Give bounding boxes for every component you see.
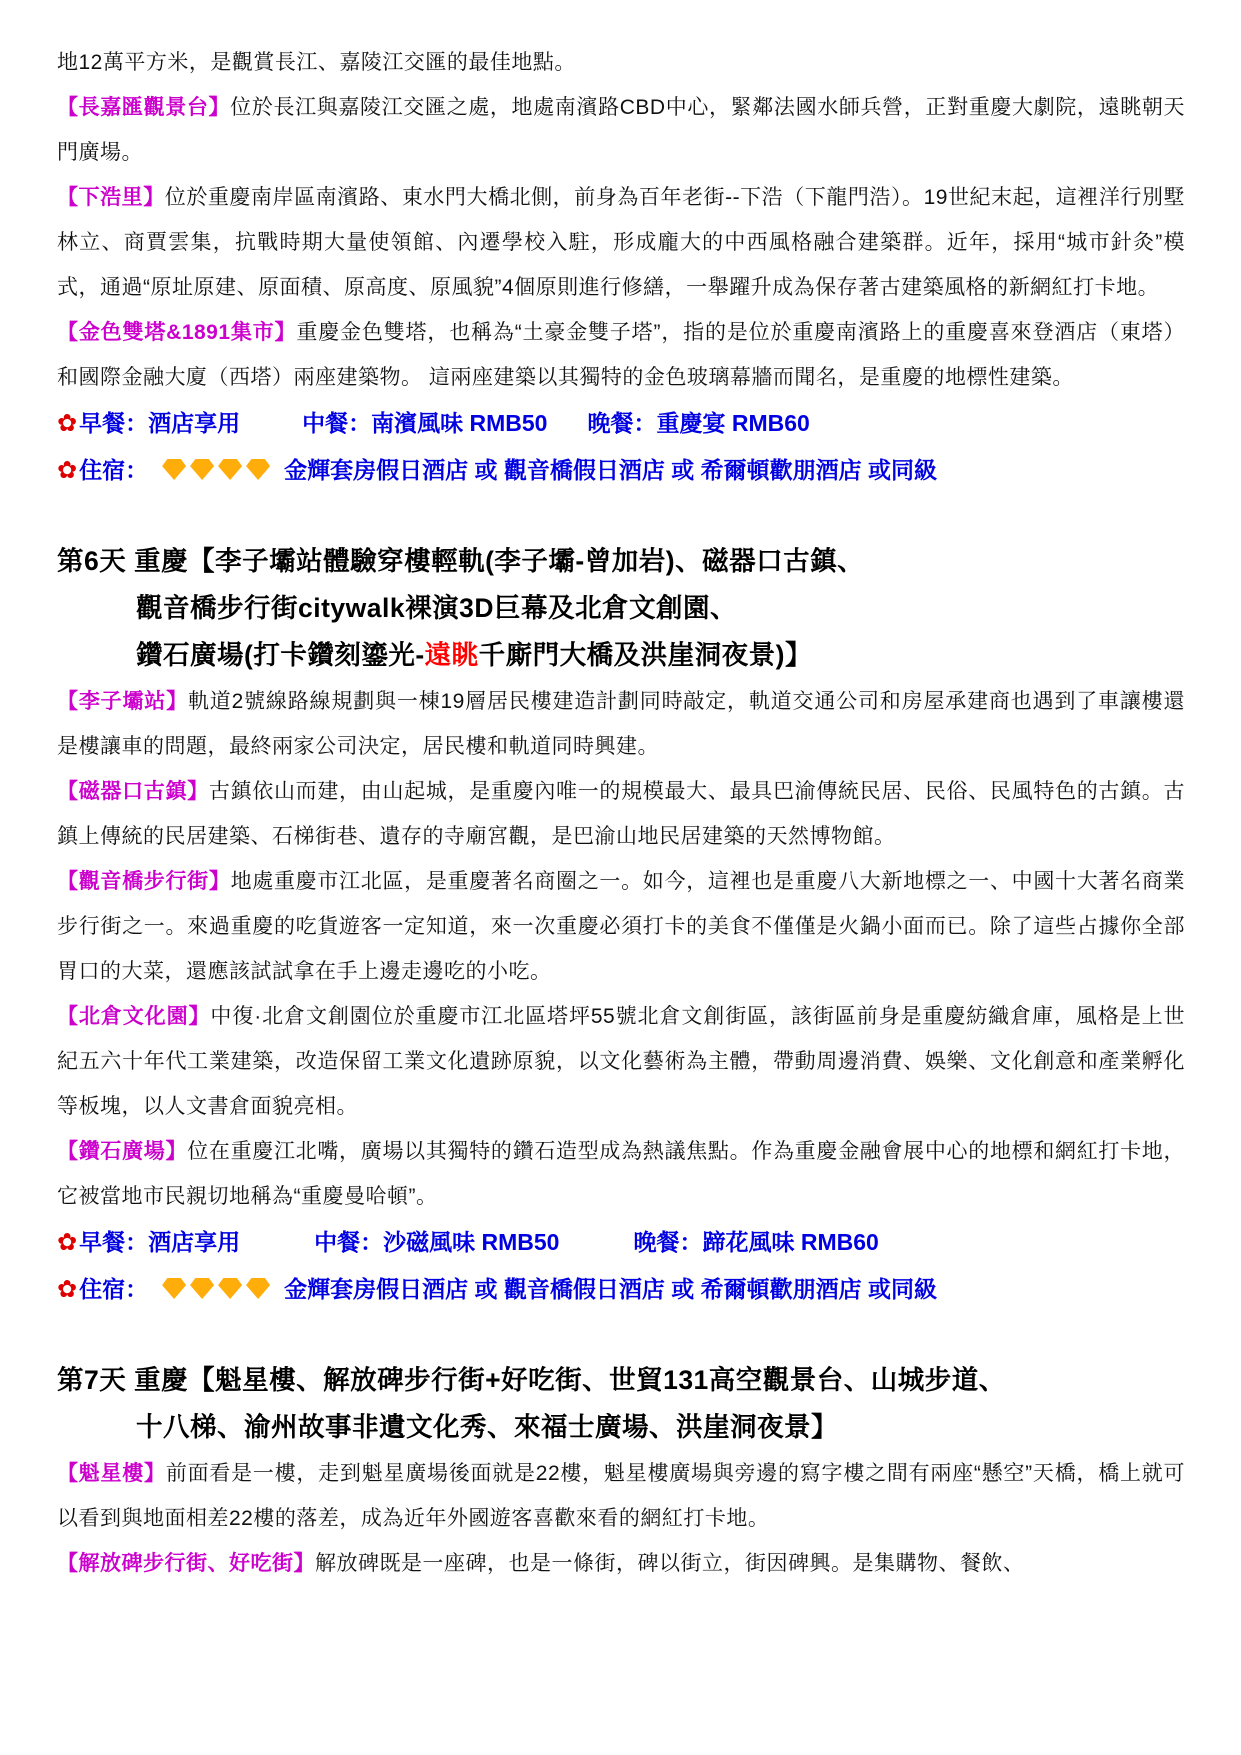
lodging-day6: ✿住宿：金輝套房假日酒店 或 觀音橋假日酒店 或 希爾頓歡朋酒店 或同級 [57, 1266, 1185, 1314]
dinner-text: 晚餐：重慶宴 RMB60 [587, 410, 809, 436]
day6-heading-line3-post: 千廝門大橋及洪崖洞夜景)】 [479, 640, 812, 670]
section-title: 【李子壩站】 [57, 690, 188, 713]
section-guanyinqiao: 【觀音橋步行街】地處重慶市江北區，是重慶著名商圈之一。如今，這裡也是重慶八大新地… [57, 859, 1185, 994]
section-body: 中復·北倉文創園位於重慶市江北區塔坪55號北倉文創街區，該街區前身是重慶紡織倉庫… [57, 1005, 1185, 1118]
day7-heading-line1: 第7天 重慶【魁星樓、解放碑步行街+好吃街、世貿131高空觀景台、山城步道、 [57, 1357, 1185, 1404]
diamond-icon [218, 459, 242, 480]
hotel-names: 金輝套房假日酒店 或 觀音橋假日酒店 或 希爾頓歡朋酒店 或同級 [284, 1276, 937, 1302]
section-xiahaoli: 【下浩里】位於重慶南岸區南濱路、東水門大橋北側，前身為百年老街--下浩（下龍門浩… [57, 175, 1185, 310]
diamond-icon [190, 459, 214, 480]
section-body: 位於重慶南岸區南濱路、東水門大橋北側，前身為百年老街--下浩（下龍門浩）。19世… [57, 186, 1185, 299]
lunch-text: 中餐：南濱風味 RMB50 [302, 410, 547, 436]
flower-icon: ✿ [57, 1229, 77, 1256]
intro-text: 地12萬平方米，是觀賞長江、嘉陵江交匯的最佳地點。 [57, 51, 576, 74]
section-title: 【魁星樓】 [57, 1462, 166, 1485]
breakfast-text: 早餐：酒店享用 [79, 1229, 240, 1255]
day6-heading-red-text: 遠眺 [425, 640, 479, 670]
diamond-icon [218, 1278, 242, 1299]
section-changjiahui: 【長嘉匯觀景台】位於長江與嘉陵江交匯之處，地處南濱路CBD中心，緊鄰法國水師兵營… [57, 85, 1185, 175]
section-liziba: 【李子壩站】軌道2號線路線規劃與一棟19層居民樓建造計劃同時敲定，軌道交通公司和… [57, 679, 1185, 769]
section-body: 前面看是一樓，走到魁星廣場後面就是22樓，魁星樓廣場與旁邊的寫字樓之間有兩座“懸… [57, 1462, 1185, 1530]
section-title: 【北倉文化園】 [57, 1005, 210, 1028]
section-body: 古鎮依山而建，由山起城，是重慶內唯一的規模最大、最具巴渝傳統民居、民俗、民風特色… [57, 780, 1185, 848]
meals-day5: ✿早餐：酒店享用中餐：南濱風味 RMB50晚餐：重慶宴 RMB60 [57, 400, 1185, 447]
section-title: 【長嘉匯觀景台】 [57, 96, 230, 119]
diamond-icon [190, 1278, 214, 1299]
lodging-label: 住宿： [79, 1276, 148, 1302]
lunch-text: 中餐：沙磁風味 RMB50 [314, 1229, 559, 1255]
intro-paragraph: 地12萬平方米，是觀賞長江、嘉陵江交匯的最佳地點。 [57, 40, 1185, 85]
breakfast-text: 早餐：酒店享用 [79, 410, 240, 436]
hotel-names: 金輝套房假日酒店 或 觀音橋假日酒店 或 希爾頓歡朋酒店 或同級 [284, 457, 937, 483]
section-body: 位在重慶江北嘴，廣場以其獨特的鑽石造型成為熱議焦點。作為重慶金融會展中心的地標和… [57, 1140, 1185, 1208]
day7-heading-line2: 十八梯、渝州故事非遺文化秀、來福士廣場、洪崖洞夜景】 [57, 1404, 1185, 1451]
flower-icon: ✿ [57, 1276, 77, 1303]
section-title: 【金色雙塔&1891集市】 [57, 321, 296, 344]
section-beicang: 【北倉文化園】中復·北倉文創園位於重慶市江北區塔坪55號北倉文創街區，該街區前身… [57, 994, 1185, 1129]
lodging-day5: ✿住宿：金輝套房假日酒店 或 觀音橋假日酒店 或 希爾頓歡朋酒店 或同級 [57, 447, 1185, 495]
section-title: 【下浩里】 [57, 186, 165, 209]
section-body: 軌道2號線路線規劃與一棟19層居民樓建造計劃同時敲定，軌道交通公司和房屋承建商也… [57, 690, 1185, 758]
hotel-rating [162, 1268, 274, 1314]
section-title: 【解放碑步行街、好吃街】 [57, 1552, 315, 1575]
day6-heading-line3-pre: 鑽石廣場(打卡鑽刻鎏光- [136, 640, 425, 670]
day6-heading-line2: 觀音橋步行街citywalk裸演3D巨幕及北倉文創園、 [57, 585, 1185, 632]
flower-icon: ✿ [57, 410, 77, 437]
lodging-label: 住宿： [79, 457, 148, 483]
section-kuixinglou: 【魁星樓】前面看是一樓，走到魁星廣場後面就是22樓，魁星樓廣場與旁邊的寫字樓之間… [57, 1451, 1185, 1541]
diamond-icon [162, 459, 186, 480]
section-golden-towers: 【金色雙塔&1891集市】重慶金色雙塔，也稱為“土豪金雙子塔”，指的是位於重慶南… [57, 310, 1185, 400]
section-diamond-plaza: 【鑽石廣場】位在重慶江北嘴，廣場以其獨特的鑽石造型成為熱議焦點。作為重慶金融會展… [57, 1129, 1185, 1219]
meals-day6: ✿早餐：酒店享用中餐：沙磁風味 RMB50晚餐：蹄花風味 RMB60 [57, 1219, 1185, 1266]
hotel-rating [162, 449, 274, 495]
dinner-text: 晚餐：蹄花風味 RMB60 [633, 1229, 878, 1255]
day6-heading-line1: 第6天 重慶【李子壩站體驗穿樓輕軌(李子壩-曾加岩)、磁器口古鎮、 [57, 538, 1185, 585]
diamond-icon [162, 1278, 186, 1299]
itinerary-page: 地12萬平方米，是觀賞長江、嘉陵江交匯的最佳地點。 【長嘉匯觀景台】位於長江與嘉… [57, 40, 1185, 1586]
section-body: 解放碑既是一座碑，也是一條街，碑以街立，街因碑興。是集購物、餐飲、 [315, 1552, 1025, 1575]
day7-heading: 第7天 重慶【魁星樓、解放碑步行街+好吃街、世貿131高空觀景台、山城步道、 十… [57, 1357, 1185, 1451]
section-title: 【鑽石廣場】 [57, 1140, 187, 1163]
diamond-icon [246, 459, 270, 480]
diamond-icon [246, 1278, 270, 1299]
section-title: 【觀音橋步行街】 [57, 870, 231, 893]
section-title: 【磁器口古鎮】 [57, 780, 209, 803]
section-jiefangbei: 【解放碑步行街、好吃街】解放碑既是一座碑，也是一條街，碑以街立，街因碑興。是集購… [57, 1541, 1185, 1586]
section-ciqikou: 【磁器口古鎮】古鎮依山而建，由山起城，是重慶內唯一的規模最大、最具巴渝傳統民居、… [57, 769, 1185, 859]
day6-heading-line3: 鑽石廣場(打卡鑽刻鎏光-遠眺千廝門大橋及洪崖洞夜景)】 [57, 632, 1185, 679]
flower-icon: ✿ [57, 457, 77, 484]
day6-heading: 第6天 重慶【李子壩站體驗穿樓輕軌(李子壩-曾加岩)、磁器口古鎮、 觀音橋步行街… [57, 538, 1185, 679]
